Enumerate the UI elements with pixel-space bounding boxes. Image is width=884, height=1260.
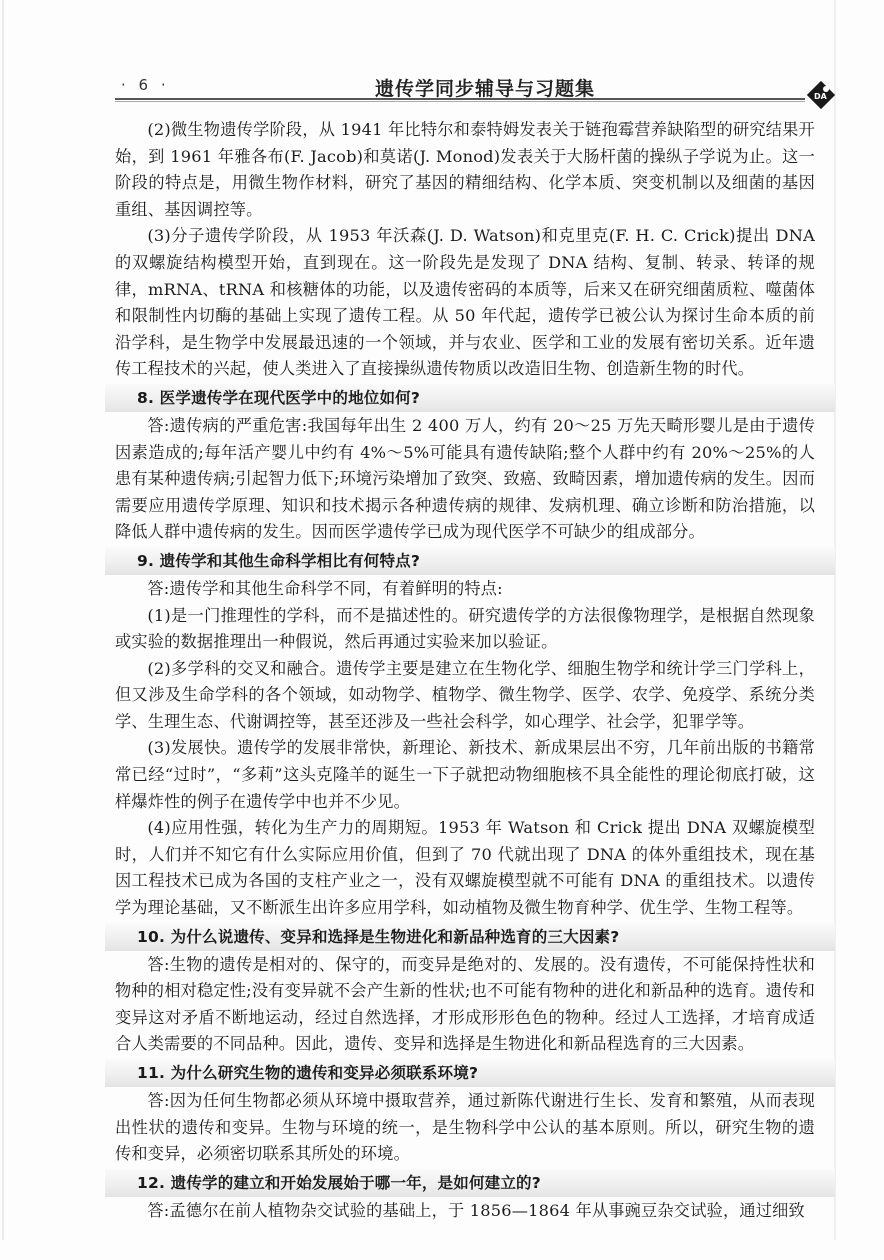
question-9-heading: 9. 遗传学和其他生命科学相比有何特点? (105, 547, 835, 575)
question-8-heading: 8. 医学遗传学在现代医学中的地位如何? (105, 384, 835, 412)
svg-text:DA: DA (814, 92, 828, 101)
answer-9-point-2: (2)多学科的交叉和融合。遗传学主要是建立在生物化学、细胞生物学和统计学三门学科… (115, 656, 815, 736)
page-edge-left (2, 0, 4, 1240)
page-edge-right (834, 0, 836, 1240)
answer-11: 答:因为任何生物都必须从环境中摄取营养，通过新陈代谢进行生长、发育和繁殖，从而表… (115, 1088, 815, 1168)
question-11-heading: 11. 为什么研究生物的遗传和变异必须联系环境? (105, 1059, 835, 1087)
running-header: · 6 · 遗传学同步辅导与习题集 (115, 72, 815, 100)
answer-10: 答:生物的遗传是相对的、保守的，而变异是绝对的、发展的。没有遗传，不可能保持性状… (115, 952, 815, 1058)
question-12-heading: 12. 遗传学的建立和开始发展始于哪一年，是如何建立的? (105, 1169, 835, 1197)
answer-9-point-4: (4)应用性强，转化为生产力的周期短。1953 年 Watson 和 Crick… (115, 815, 815, 921)
book-title: 遗传学同步辅导与习题集 (375, 74, 595, 101)
answer-9-intro: 答:遗传学和其他生命科学不同，有着鲜明的特点: (115, 576, 815, 603)
answer-9-point-3: (3)发展快。遗传学的发展非常快，新理论、新技术、新成果层出不穷，几年前出版的书… (115, 735, 815, 815)
answer-8: 答:遗传病的严重危害:我国每年出生 2 400 万人，约有 20～25 万先天畸… (115, 413, 815, 546)
answer-12: 答:孟德尔在前人植物杂交试验的基础上，于 1856—1864 年从事豌豆杂交试验… (115, 1198, 815, 1225)
scanned-page: · 6 · 遗传学同步辅导与习题集 DA (2)微生物遗传学阶段，从 1941 … (0, 0, 884, 1260)
question-10-heading: 10. 为什么说遗传、变异和选择是生物进化和新品种选育的三大因素? (105, 923, 835, 951)
header-divider (115, 98, 805, 100)
paragraph-microbial-genetics-stage: (2)微生物遗传学阶段，从 1941 年比特尔和泰特姆发表关于链孢霉营养缺陷型的… (115, 117, 815, 223)
header-divider-thin (115, 101, 805, 102)
answer-9-point-1: (1)是一门推理性的学科，而不是描述性的。研究遗传学的方法很像物理学，是根据自然… (115, 603, 815, 656)
paragraph-molecular-genetics-stage: (3)分子遗传学阶段，从 1953 年沃森(J. D. Watson)和克里克(… (115, 223, 815, 383)
page-number: · 6 · (121, 76, 170, 94)
page-content: (2)微生物遗传学阶段，从 1941 年比特尔和泰特姆发表关于链孢霉营养缺陷型的… (115, 117, 815, 1224)
publisher-logo-icon: DA (806, 80, 836, 110)
